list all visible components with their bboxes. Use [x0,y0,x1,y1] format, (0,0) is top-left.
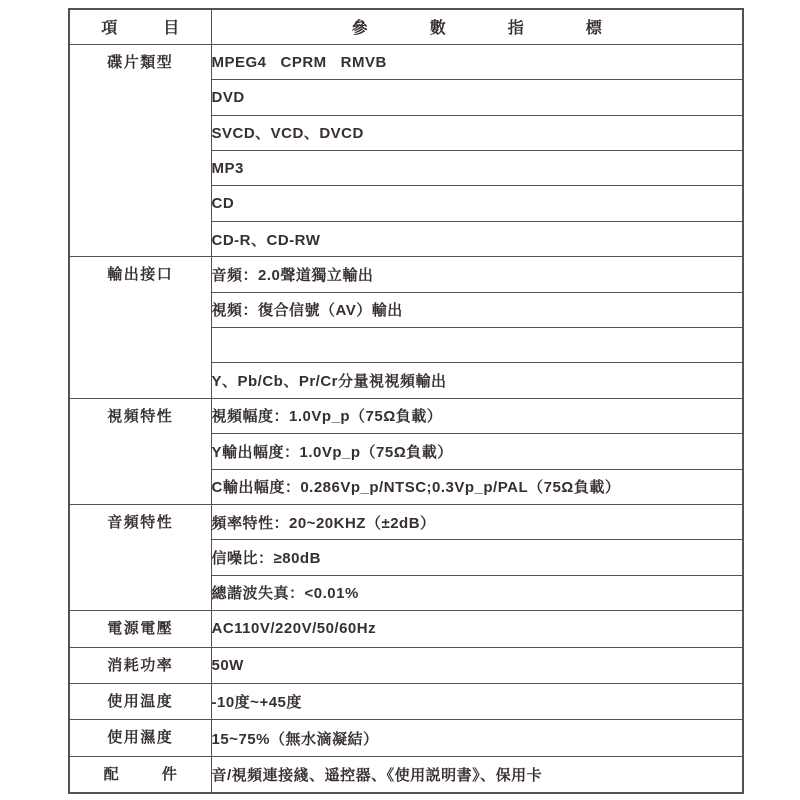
spec-row: 碟片類型MPEG4 CPRM RMVB [69,44,743,79]
spec-value: MP3 [211,151,743,186]
header-item-column: 項 目 [69,9,211,44]
spec-value: CD [211,186,743,221]
section-label: 電源電壓 [69,611,211,647]
spec-value: 音頻：2.0聲道獨立輸出 [211,257,743,292]
spec-value: 總諧波失真：<0.01% [211,575,743,610]
spec-sheet-page: 項 目 參 數 指 標 碟片類型MPEG4 CPRM RMVBDVDSVCD、V… [0,0,800,800]
section-label: 視頻特性 [69,398,211,504]
spec-value: CD-R、CD-RW [211,221,743,256]
section-label: 輸出接口 [69,257,211,399]
header-param-column: 參 數 指 標 [211,9,743,44]
spec-value: Y輸出幅度：1.0Vp_p（75Ω負載） [211,434,743,469]
spec-row: 輸出接口音頻：2.0聲道獨立輸出 [69,257,743,292]
section-label: 消耗功率 [69,647,211,683]
spec-value: 音/視頻連接綫、遥控器、《使用説明書》、保用卡 [211,756,743,793]
spec-value [211,328,743,363]
spec-value: Y、Pb/Cb、Pr/Cr分量視視頻輸出 [211,363,743,398]
header-row: 項 目 參 數 指 標 [69,9,743,44]
spec-value: 視頻幅度：1.0Vp_p（75Ω負載） [211,398,743,433]
spec-value: C輸出幅度：0.286Vp_p/NTSC;0.3Vp_p/PAL（75Ω負載） [211,469,743,504]
spec-table-body: 碟片類型MPEG4 CPRM RMVBDVDSVCD、VCD、DVCDMP3CD… [69,44,743,793]
section-label: 使用温度 [69,683,211,719]
section-label: 音頻特性 [69,504,211,610]
spec-value: SVCD、VCD、DVCD [211,115,743,150]
spec-value: -10度~+45度 [211,683,743,719]
spec-value: MPEG4 CPRM RMVB [211,44,743,79]
spec-row: 電源電壓AC110V/220V/50/60Hz [69,611,743,647]
spec-row: 使用濕度15~75%（無水滴凝結） [69,720,743,756]
spec-table: 項 目 參 數 指 標 碟片類型MPEG4 CPRM RMVBDVDSVCD、V… [68,8,744,794]
spec-value: 視頻：復合信號（AV）輸出 [211,292,743,327]
spec-value: 50W [211,647,743,683]
spec-row: 使用温度-10度~+45度 [69,683,743,719]
spec-value: 頻率特性：20~20KHZ（±2dB） [211,504,743,539]
spec-value: 信噪比：≥80dB [211,540,743,575]
spec-value: 15~75%（無水滴凝結） [211,720,743,756]
spec-row: 視頻特性視頻幅度：1.0Vp_p（75Ω負載） [69,398,743,433]
section-label: 配 件 [69,756,211,793]
spec-row: 配 件音/視頻連接綫、遥控器、《使用説明書》、保用卡 [69,756,743,793]
spec-row: 消耗功率50W [69,647,743,683]
section-label: 碟片類型 [69,44,211,256]
spec-value: DVD [211,80,743,115]
spec-value: AC110V/220V/50/60Hz [211,611,743,647]
section-label: 使用濕度 [69,720,211,756]
spec-row: 音頻特性頻率特性：20~20KHZ（±2dB） [69,504,743,539]
